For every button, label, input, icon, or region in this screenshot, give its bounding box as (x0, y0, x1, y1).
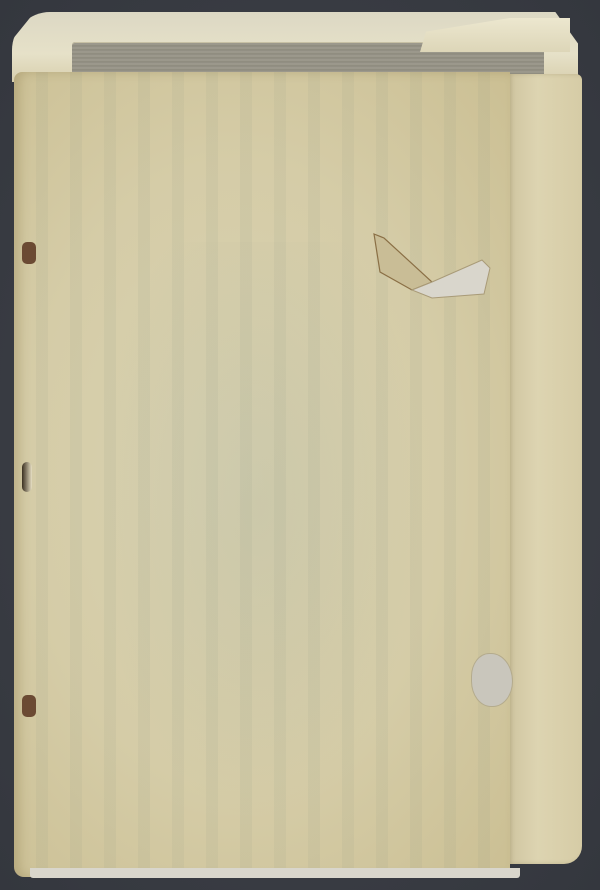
bottom-page-edge (30, 868, 520, 878)
torn-flap-icon (372, 232, 497, 302)
vellum-cover (14, 72, 510, 877)
small-tear (472, 654, 512, 706)
upper-tie-remnant (22, 242, 36, 264)
tie-hole (22, 462, 32, 492)
show-through-text-stain (94, 242, 424, 822)
lower-tie-remnant (22, 695, 36, 717)
book-spine (508, 74, 582, 864)
